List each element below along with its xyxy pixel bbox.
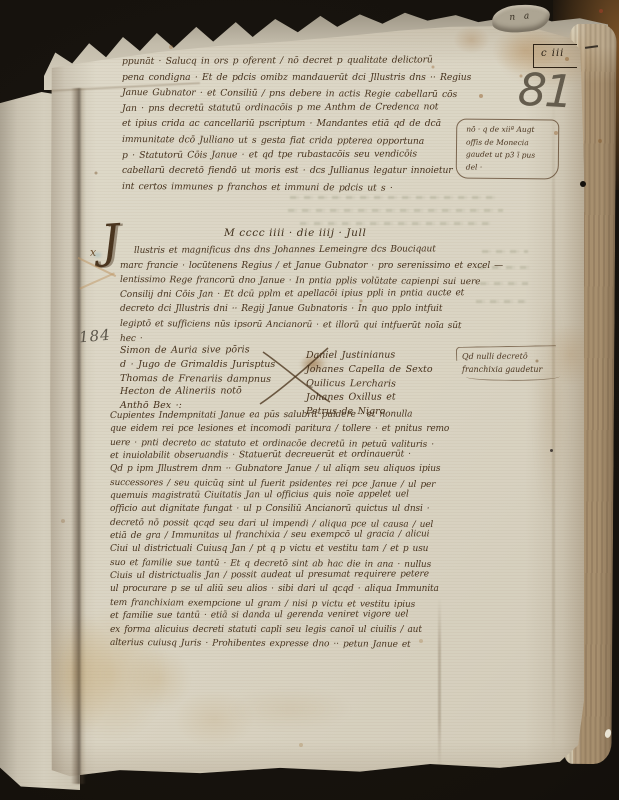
- manuscript-line: p · Statutorū Cōis Janue · et qd tpe rub…: [122, 146, 471, 163]
- manuscript-line: cabellarū decretō fiendō ut moris est · …: [122, 163, 471, 179]
- manuscript-line: Ciui ul districtuali Cuiusq Jan / pt q p…: [110, 543, 449, 556]
- manuscript-line: Cupientes Indempnitati Janue ea pūs salu…: [110, 408, 449, 423]
- manuscript-line: officio aut dignitate fungat · ul p Cons…: [110, 503, 449, 516]
- name-line: Johanes Oxillus et: [306, 390, 433, 405]
- decree-text-block: Cupientes Indempnitati Janue ea pūs salu…: [110, 410, 449, 650]
- folio-number: 81: [517, 67, 573, 116]
- margin-note-line: offis de Monecia: [466, 136, 558, 149]
- manuscript-photo-scene: n a c iii 81 ppunāt · Salucq in ors p of…: [0, 0, 619, 800]
- name-line: d · Jugo de Grimaldis Jurisptus: [120, 358, 275, 372]
- name-line: Simon de Auria sive pōris: [120, 343, 275, 358]
- closing-text-block: ppunāt · Salucq in ors p oferent / nō de…: [122, 54, 471, 194]
- parchment-stain: [128, 648, 190, 710]
- manuscript-line: pena condigna · Et de pdcis omibz mandau…: [122, 70, 471, 86]
- manuscript-line: llustris et magnificus dns dns Johannes …: [120, 242, 503, 259]
- foxing-specks: [0, 0, 2, 2]
- manuscript-line: ex forma alicuius decreti statuti capli …: [110, 624, 449, 637]
- blue-smudge: [92, 251, 103, 259]
- manuscript-line: Consilij dni Cōis Jan · Et dcū pplm et a…: [120, 286, 503, 303]
- manuscript-line: Ciuis ul districtualis Jan / possit aude…: [110, 568, 449, 583]
- margin-note-line: del ·: [466, 161, 558, 174]
- council-names-left-column: Simon de Auria sive pōrisd · Jugo de Gri…: [120, 344, 275, 413]
- margin-note-line: Qd nulli decretō: [462, 349, 562, 363]
- margin-note-line: gaudet ut p3 ī pus: [466, 149, 558, 163]
- manuscript-line: etiā de gra / Immunitas ul franchixia / …: [110, 528, 449, 543]
- date-heading: M cccc iiii · die iiij · Jull: [224, 227, 366, 239]
- name-line: Johanes Capella de Sexto: [306, 363, 433, 377]
- margin-note-line: nō · q de xiiª Augt: [466, 124, 558, 137]
- show-through-line: [288, 209, 503, 212]
- wormhole: [580, 181, 586, 187]
- manuscript-line: quemuis magistratū Ciuitatis Jan ul offi…: [110, 488, 449, 503]
- manuscript-line: marc francie · locūtenens Regius / et Ja…: [120, 259, 503, 274]
- manuscript-line: int certos immunes p franchos et immuni …: [122, 179, 471, 197]
- manuscript-line: ppunāt · Salucq in ors p oferent / nō de…: [122, 52, 471, 69]
- manuscript-line: decreto dci Jllustris dni ·· Regij Janue…: [120, 302, 503, 317]
- parchment-stain: [228, 688, 352, 730]
- manuscript-line: Qd p ipm Jllustrem dnm ·· Gubnatore Janu…: [110, 463, 449, 476]
- manuscript-line: Jan · pns decretū statutū ordinacōis p m…: [122, 99, 471, 116]
- manuscript-line: et ipius crida ac cancellariū pscriptum …: [122, 116, 471, 132]
- name-line: Hecton de Alineriis notō: [120, 385, 275, 400]
- manuscript-line: et inuiolabilit obseruandis · Statuerūt …: [110, 448, 449, 463]
- show-through-line: [300, 222, 490, 225]
- manuscript-line: et familie sue tantū · etiā si danda ul …: [110, 608, 449, 623]
- preamble-text-block: llustris et magnificus dns dns Johannes …: [120, 244, 503, 346]
- manuscript-line: alterius cuiusq Juris · Prohibentes expr…: [110, 637, 449, 652]
- parchment-stain: [534, 298, 570, 522]
- name-line: Daniel Justinianus: [306, 348, 433, 363]
- archival-number: 184: [78, 326, 111, 347]
- manuscript-line: ul procurare p se ul aliū seu alios · si…: [110, 583, 449, 596]
- manuscript-line: que eidem rei pce lesiones et incomodi p…: [110, 423, 449, 436]
- margin-note-cabella: nō · q de xiiª Augtoffis de Moneciagaude…: [456, 118, 560, 179]
- wormhole-small: [550, 449, 553, 452]
